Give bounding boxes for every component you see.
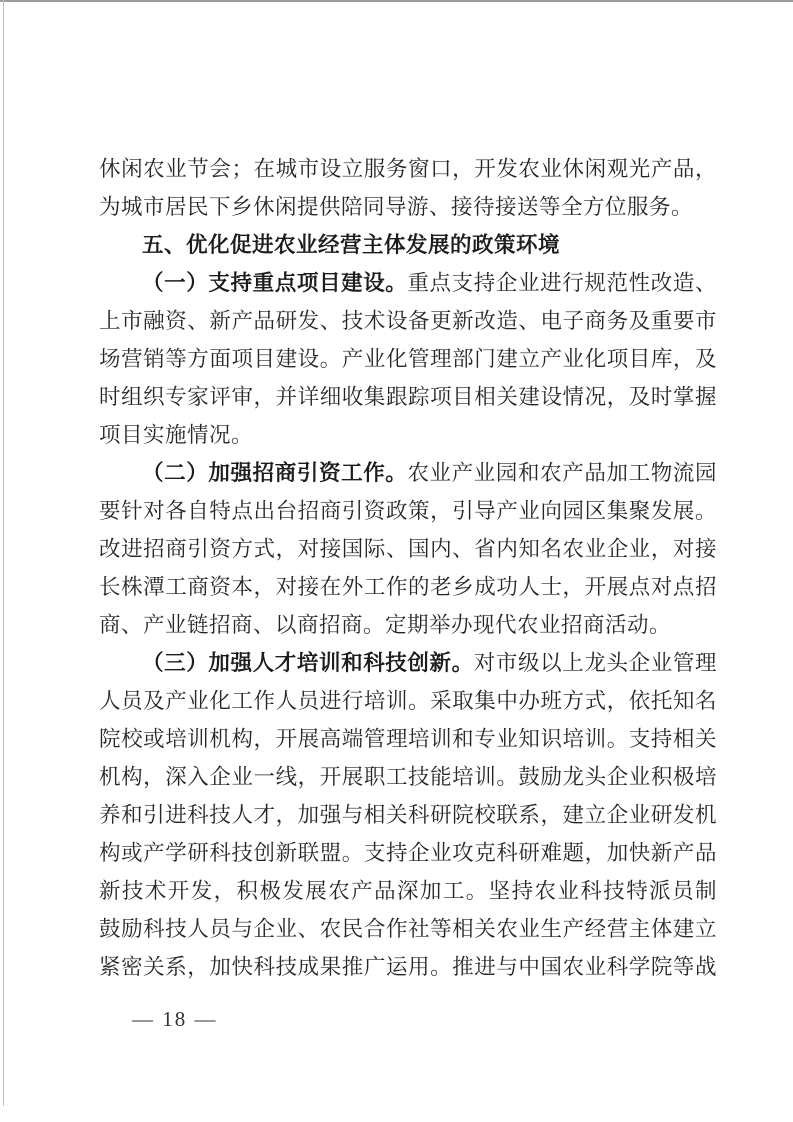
paragraph-text: 场营销等方面项目建设。产业化管理部门建立产业化项目库，及 [99,347,717,371]
text-line: 新技术开发，积极发展农产品深加工。坚持农业科技特派员制度， [99,872,717,910]
text-line: 时组织专家评审，并详细收集跟踪项目相关建设情况，及时掌握 [99,378,717,416]
text-line: 场营销等方面项目建设。产业化管理部门建立产业化项目库，及 [99,340,717,378]
paragraph-text: 紧密关系，加快科技成果推广运用。推进与中国农业科学院等战 [99,955,717,979]
paragraph-text: 养和引进科技人才，加强与相关科研院校联系，建立企业研发机 [99,803,717,827]
text-line: （三）加强人才培训和科技创新。对市级以上龙头企业管理 [99,644,717,682]
paragraph-text: 要针对各自特点出台招商引资政策，引导产业向园区集聚发展。 [99,499,717,523]
paragraph-text: 机构，深入企业一线，开展职工技能培训。鼓励龙头企业积极培 [99,765,717,789]
paragraph-lead-bold: （二）加强招商引资工作。 [142,461,407,485]
paragraph-text: 农业产业园和农产品加工物流园 [407,461,717,485]
text-line: （二）加强招商引资工作。农业产业园和农产品加工物流园 [99,454,717,492]
page-top-edge-line [0,0,793,2]
paragraph-text: 构或产学研科技创新联盟。支持企业攻克科研难题，加快新产品 [99,841,717,865]
paragraph-text: 人员及产业化工作人员进行培训。采取集中办班方式，依托知名 [99,689,717,713]
text-line: 长株潭工商资本，对接在外工作的老乡成功人士，开展点对点招 [99,568,717,606]
paragraph-lead-bold: （一）支持重点项目建设。 [142,271,407,295]
text-line: 休闲农业节会；在城市设立服务窗口，开发农业休闲观光产品， [99,150,717,188]
page-number: — 18 — [132,1000,218,1038]
text-line: 院校或培训机构，开展高端管理培训和专业知识培训。支持相关 [99,720,717,758]
page-number-text: — 18 — [132,1007,218,1031]
paragraph-text: 鼓励科技人员与企业、农民合作社等相关农业生产经营主体建立 [99,917,717,941]
document-page: 休闲农业节会；在城市设立服务窗口，开发农业休闲观光产品，为城市居民下乡休闲提供陪… [0,0,793,1122]
paragraph-text: 休闲农业节会；在城市设立服务窗口，开发农业休闲观光产品， [99,157,717,181]
text-line: 要针对各自特点出台招商引资政策，引导产业向园区集聚发展。 [99,492,717,530]
page-left-edge-line [3,0,4,1106]
section-heading: 五、优化促进农业经营主体发展的政策环境 [99,226,717,264]
text-line: 养和引进科技人才，加强与相关科研院校联系，建立企业研发机 [99,796,717,834]
text-line: 构或产学研科技创新联盟。支持企业攻克科研难题，加快新产品 [99,834,717,872]
text-line: （一）支持重点项目建设。重点支持企业进行规范性改造、 [99,264,717,302]
paragraph-text: 重点支持企业进行规范性改造、 [407,271,717,295]
paragraph-text: 商、产业链招商、以商招商。定期举办现代农业招商活动。 [99,613,671,637]
text-line: 人员及产业化工作人员进行培训。采取集中办班方式，依托知名 [99,682,717,720]
text-line: 鼓励科技人员与企业、农民合作社等相关农业生产经营主体建立 [99,910,717,948]
text-line: 为城市居民下乡休闲提供陪同导游、接待接送等全方位服务。 [99,188,717,226]
paragraph-text: 院校或培训机构，开展高端管理培训和专业知识培训。支持相关 [99,727,717,751]
paragraph-text: 上市融资、新产品研发、技术设备更新改造、电子商务及重要市 [99,309,717,333]
paragraph-text: 新技术开发，积极发展农产品深加工。坚持农业科技特派员制度， [99,879,717,910]
text-line: 商、产业链招商、以商招商。定期举办现代农业招商活动。 [99,606,717,644]
text-line: 紧密关系，加快科技成果推广运用。推进与中国农业科学院等战 [99,948,717,986]
paragraph-text: 长株潭工商资本，对接在外工作的老乡成功人士，开展点对点招 [99,575,717,599]
paragraph-text: 为城市居民下乡休闲提供陪同导游、接待接送等全方位服务。 [99,195,693,219]
paragraph-text: 时组织专家评审，并详细收集跟踪项目相关建设情况，及时掌握 [99,385,717,409]
text-line: 上市融资、新产品研发、技术设备更新改造、电子商务及重要市 [99,302,717,340]
text-line: 项目实施情况。 [99,416,717,454]
paragraph-text: 项目实施情况。 [99,423,253,447]
paragraph-text: 对市级以上龙头企业管理 [474,651,717,675]
paragraph-lead-bold: （三）加强人才培训和科技创新。 [142,651,474,675]
document-body: 休闲农业节会；在城市设立服务窗口，开发农业休闲观光产品，为城市居民下乡休闲提供陪… [99,150,717,986]
paragraph-lead-bold: 五、优化促进农业经营主体发展的政策环境 [142,233,560,257]
text-line: 机构，深入企业一线，开展职工技能培训。鼓励龙头企业积极培 [99,758,717,796]
text-line: 改进招商引资方式，对接国际、国内、省内知名农业企业，对接 [99,530,717,568]
paragraph-text: 改进招商引资方式，对接国际、国内、省内知名农业企业，对接 [99,537,717,561]
